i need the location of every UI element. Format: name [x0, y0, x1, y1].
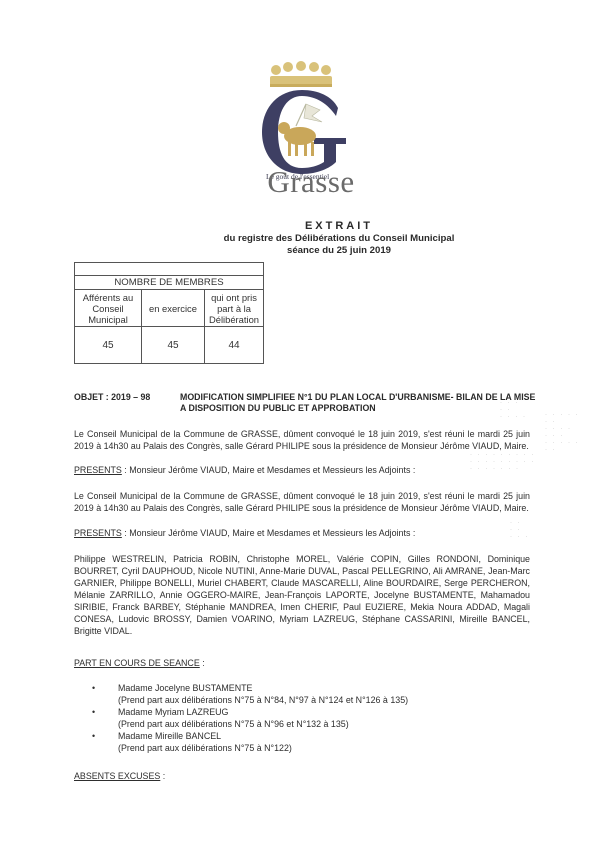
member-name: Madame Mireille BANCEL — [118, 731, 221, 741]
presents-label: PRESENTS — [74, 465, 122, 475]
presents-text: : Monsieur Jérôme VIAUD, Maire et Mesdam… — [122, 528, 415, 538]
convocation-paragraph: Le Conseil Municipal de la Commune de GR… — [74, 490, 530, 514]
column-header: en exercice — [142, 290, 205, 327]
members-present-list: Philippe WESTRELIN, Patricia ROBIN, Chri… — [74, 553, 530, 637]
perforation-stamp-icon: · · ·· ·· · · · — [500, 400, 527, 421]
column-header: Afférents au Conseil Municipal — [75, 290, 142, 327]
table-cell: 45 — [75, 327, 142, 364]
perforation-stamp-icon: · ·· ·· · · — [510, 520, 529, 541]
heading-suffix: : — [200, 658, 205, 668]
document-title: EXTRAIT — [78, 220, 600, 233]
section-heading: PART EN COURS DE SEANCE — [74, 658, 200, 668]
list-item: • Madame Myriam LAZREUG (Prend part aux … — [92, 706, 492, 730]
objet-text: MODIFICATION SIMPLIFIEE N°1 DU PLAN LOCA… — [180, 392, 540, 414]
members-count-table: NOMBRE DE MEMBRES Afférents au Conseil M… — [74, 262, 264, 364]
table-cell: 44 — [205, 327, 264, 364]
member-name: Madame Myriam LAZREUG — [118, 707, 228, 717]
presents-text: : Monsieur Jérôme VIAUD, Maire et Mesdam… — [122, 465, 415, 475]
objet-label: OBJET : 2019 – 98 — [74, 392, 150, 403]
part-en-cours-list: • Madame Jocelyne BUSTAMENTE (Prend part… — [92, 682, 492, 754]
table-row: 45 45 44 — [75, 327, 264, 364]
bullet-icon: • — [92, 730, 95, 742]
section-heading: ABSENTS EXCUSES — [74, 771, 160, 781]
document-header: EXTRAIT du registre des Délibérations du… — [0, 220, 600, 257]
table-row: Afférents au Conseil Municipal en exerci… — [75, 290, 264, 327]
table-row — [75, 263, 264, 276]
coat-of-arms-icon — [240, 58, 370, 178]
member-name: Madame Jocelyne BUSTAMENTE — [118, 683, 252, 693]
table-cell: 45 — [142, 327, 205, 364]
presents-label: PRESENTS — [74, 528, 122, 538]
heading-suffix: : — [160, 771, 165, 781]
absents-heading: ABSENTS EXCUSES : — [74, 770, 530, 782]
table-title: NOMBRE DE MEMBRES — [75, 276, 264, 290]
presents-line: PRESENTS : Monsieur Jérôme VIAUD, Maire … — [74, 464, 530, 476]
member-detail: (Prend part aux délibérations N°75 à N°1… — [118, 742, 492, 754]
bullet-icon: • — [92, 706, 95, 718]
table-row: NOMBRE DE MEMBRES — [75, 276, 264, 290]
list-item: • Madame Mireille BANCEL (Prend part aux… — [92, 730, 492, 754]
document-subtitle: du registre des Délibérations du Conseil… — [78, 233, 600, 245]
perforation-stamp-icon: · · · · ·· ·· · · ·· · ·· · · · ·· · — [545, 412, 580, 454]
session-date: séance du 25 juin 2019 — [78, 245, 600, 257]
bullet-icon: • — [92, 682, 95, 694]
column-header: qui ont pris part à la Délibération — [205, 290, 264, 327]
logo-brand-name: Grasse — [246, 164, 376, 200]
presents-line: PRESENTS : Monsieur Jérôme VIAUD, Maire … — [74, 527, 530, 539]
member-detail: (Prend part aux délibérations N°75 à N°9… — [118, 718, 492, 730]
member-detail: (Prend part aux délibérations N°75 à N°8… — [118, 694, 492, 706]
convocation-paragraph: Le Conseil Municipal de la Commune de GR… — [74, 428, 530, 452]
list-item: • Madame Jocelyne BUSTAMENTE (Prend part… — [92, 682, 492, 706]
part-en-cours-heading: PART EN COURS DE SEANCE : — [74, 657, 530, 669]
perforation-stamp-icon: · · · · · · · · ·· · · · · · · · ·· · · … — [470, 452, 535, 473]
